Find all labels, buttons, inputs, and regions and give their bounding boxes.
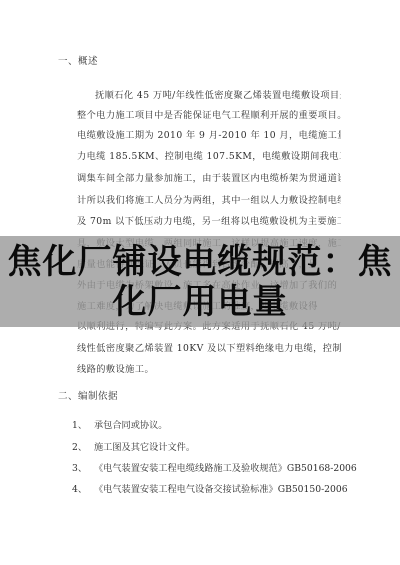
list-item-text: 《电气装置安装工程电气设备交接试验标准》GB50150-2006 (94, 484, 348, 495)
list-item: 3、《电气装置安装工程电缆线路施工及验收规范》GB50168-2006 (72, 463, 357, 475)
paragraph-line: 电缆敷设施工期为 2010 年 9 月-2010 年 10 月，电缆施工量：电 (77, 130, 341, 142)
list-item-number: 4、 (72, 484, 94, 496)
list-item: 2、施工图及其它设计文件。 (72, 442, 195, 454)
list-item-number: 2、 (72, 442, 94, 454)
paragraph-line: 计所以我们将施工人员分为两组，其中一组以人力敷设控制电缆 (77, 195, 341, 207)
section-heading-basis: 二、编制依据 (58, 388, 118, 402)
paragraph-line: 调集车间全部力量参加施工，由于装置区内电缆桥架为贯通道设 (77, 173, 341, 185)
overlay-title: 焦化厂铺设电缆规范：焦 化厂用电量 (0, 236, 400, 327)
paragraph-line: 线路的敷设施工。 (77, 364, 341, 376)
list-item-number: 1、 (72, 420, 94, 432)
list-item-number: 3、 (72, 463, 94, 475)
list-item-text: 《电气装置安装工程电缆线路施工及验收规范》GB50168-2006 (94, 463, 357, 474)
list-item: 1、承包合同或协议。 (72, 420, 168, 432)
overlay-title-line-1: 焦化厂铺设电缆规范：焦 (0, 242, 400, 282)
list-item-text: 施工图及其它设计文件。 (94, 442, 195, 453)
section-heading-overview: 一、概述 (58, 53, 98, 67)
overlay-title-line-2: 化厂用电量 (0, 282, 400, 322)
paragraph-line: 及 70m 以下低压动力电缆，另一组将以电缆敷设机为主要施工机 (77, 216, 341, 228)
paragraph-line: 线性低密度聚乙烯装置 10KV 及以下塑料绝缘电力电缆，控制电缆 (77, 343, 341, 355)
list-item-text: 承包合同或协议。 (94, 420, 168, 431)
list-item: 4、《电气装置安装工程电气设备交接试验标准》GB50150-2006 (72, 484, 348, 496)
paragraph-line: 抚顺石化 45 万吨/年线性低密度聚乙烯装置电缆敷设项目是 (95, 90, 341, 102)
paragraph-line: 力电缆 185.5KM、控制电缆 107.5KM，电缆敷设期间我电工车间将 (77, 151, 341, 163)
paragraph-line: 整个电力施工项目中是否能保证电气工程顺利开展的重要项目。 (77, 110, 341, 122)
